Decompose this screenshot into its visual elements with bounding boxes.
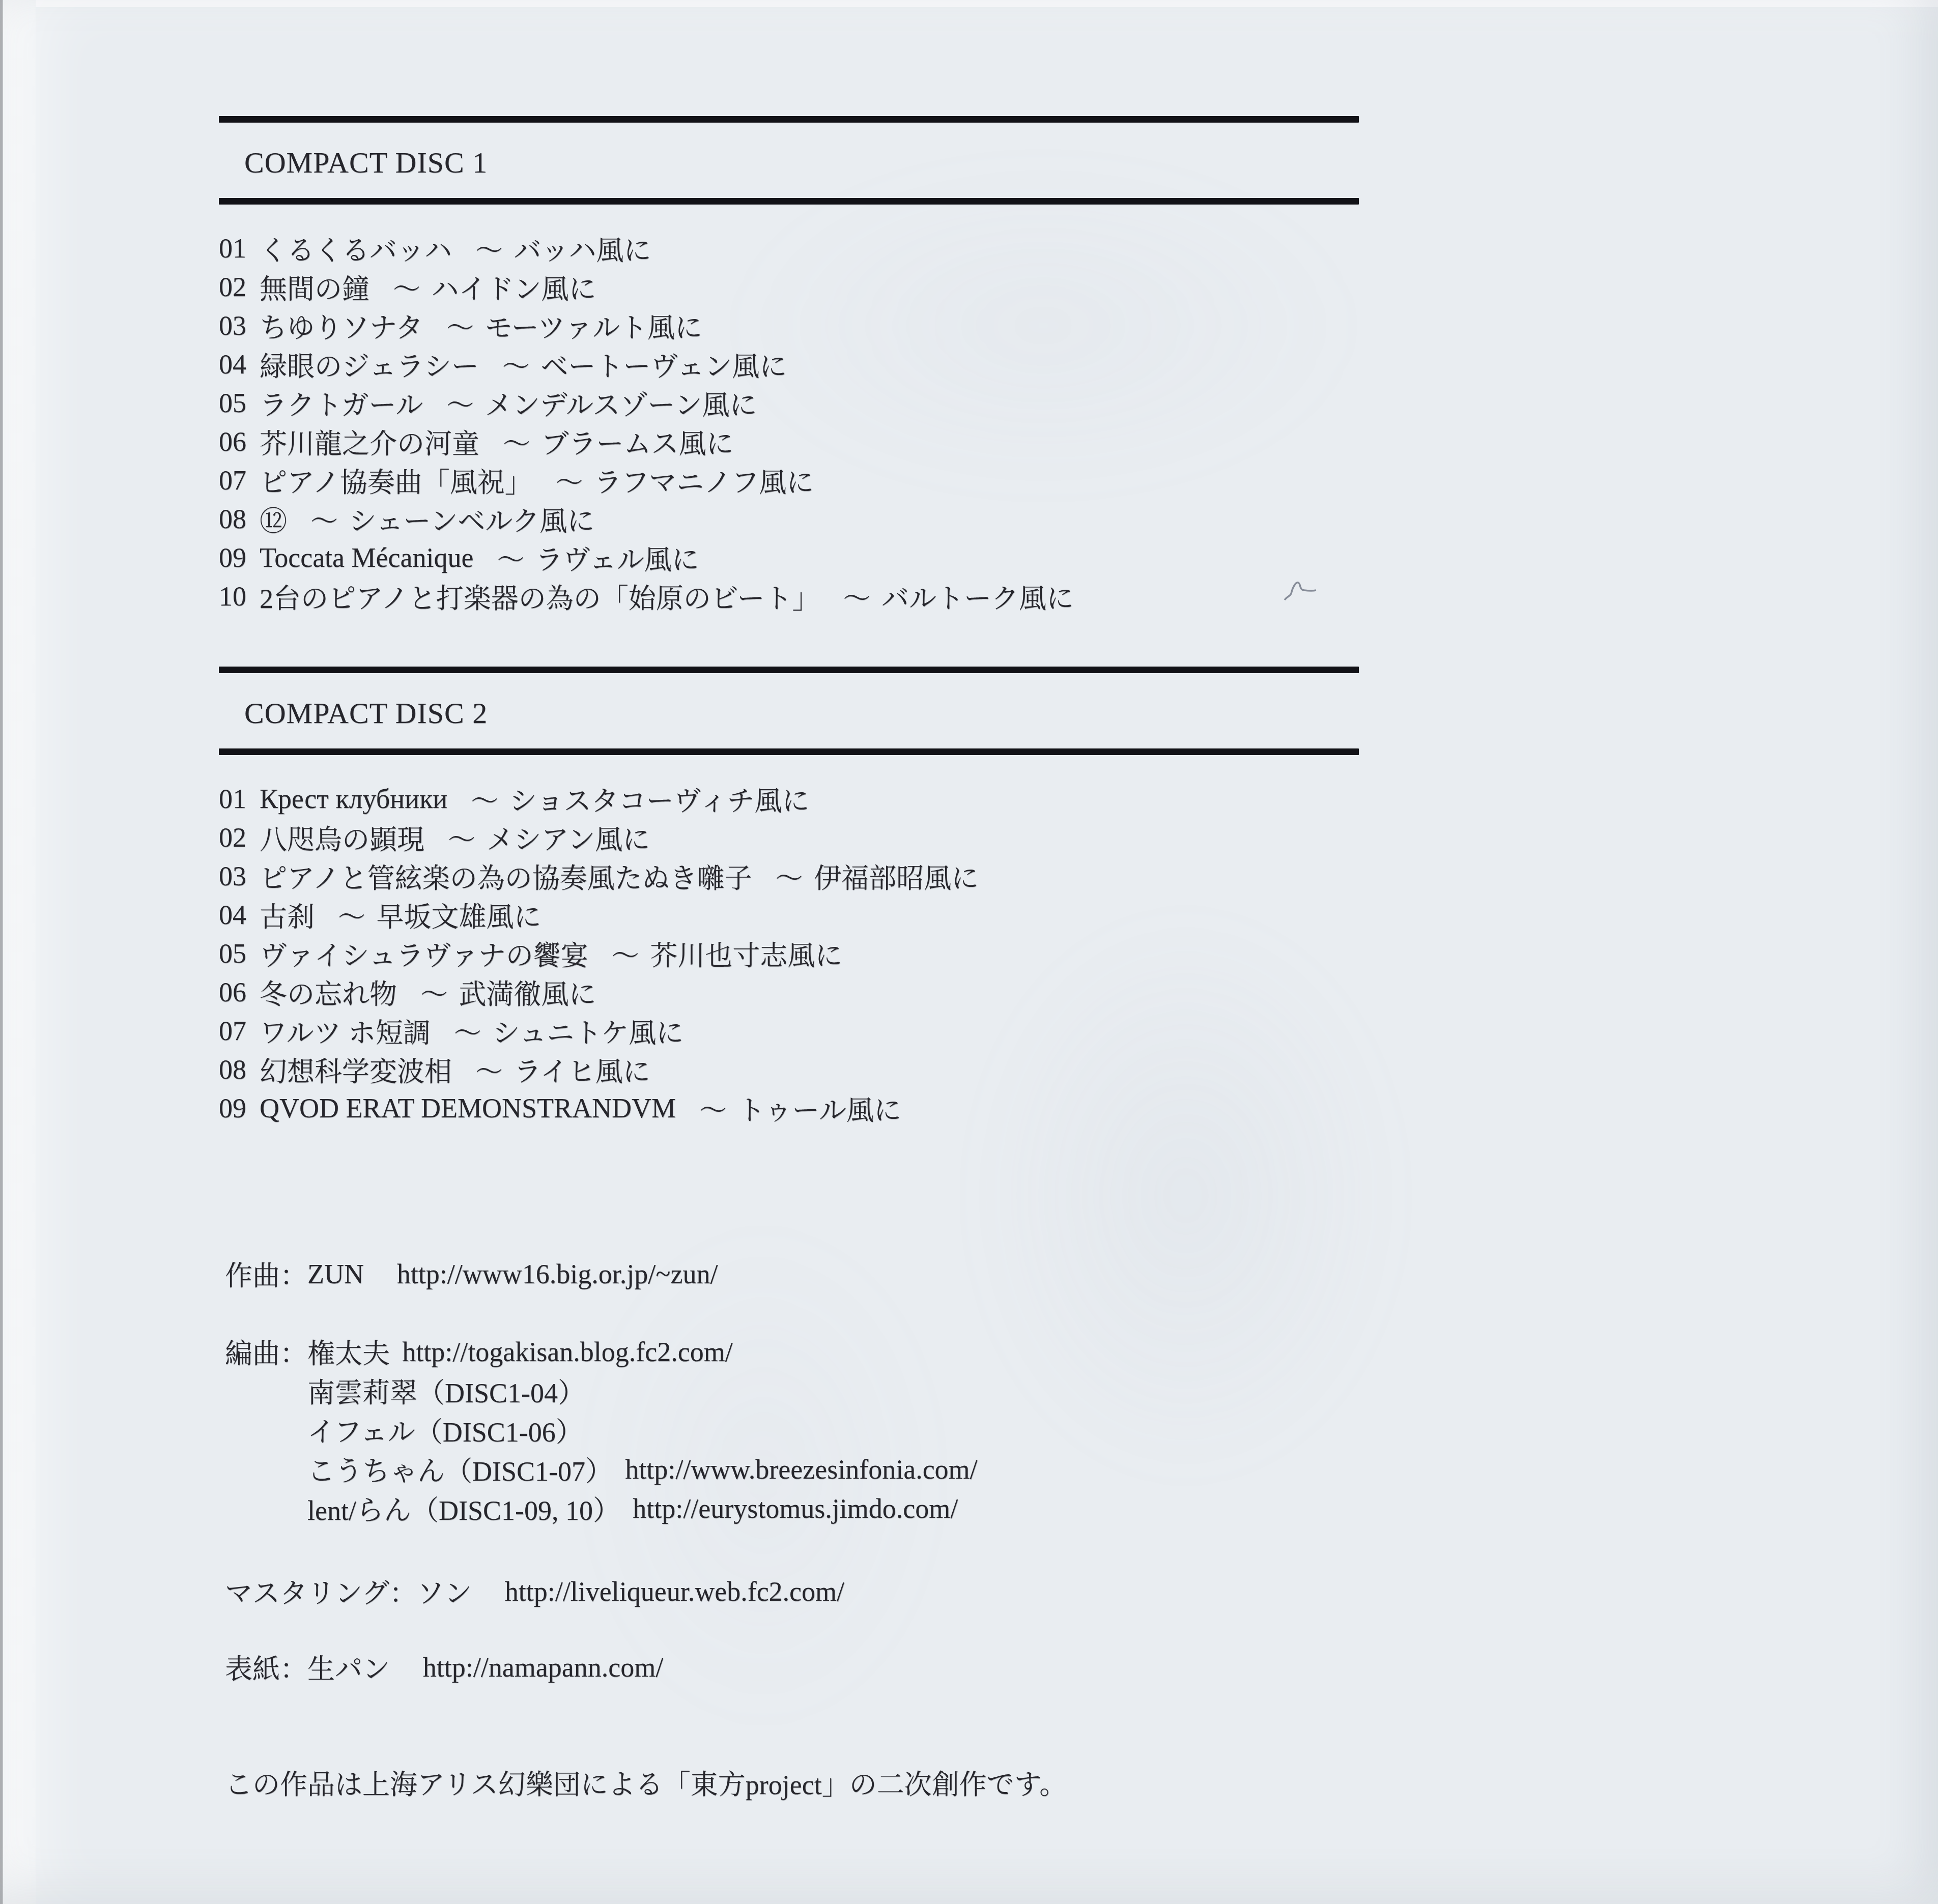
mastering-name: ソン: [417, 1572, 472, 1611]
track-separator: ～: [556, 461, 583, 500]
track-title: 幻想科学変波相: [260, 1050, 452, 1089]
track-number: 04: [219, 349, 260, 380]
cover-name: 生パン: [307, 1648, 390, 1687]
track-style: ブラームス風に: [541, 422, 733, 461]
track-row: 06 冬の忘れ物 ～ 武満徹風に: [219, 973, 1359, 1012]
track-separator: ～: [446, 306, 474, 345]
track-style: 早坂文雄風に: [376, 896, 541, 935]
disc2-header: COMPACT DISC 2: [219, 673, 1359, 748]
composer-name: ZUN: [307, 1258, 364, 1290]
mastering-url: http://liveliqueur.web.fc2.com/: [505, 1576, 844, 1607]
track-number: 05: [219, 387, 260, 419]
disc1-header: COMPACT DISC 1: [219, 123, 1359, 198]
track-number: 02: [219, 822, 260, 853]
cover-label: 表紙：: [225, 1648, 307, 1687]
track-title: ワルツ ホ短調: [260, 1012, 431, 1051]
track-row: 09 Toccata Mécanique ～ ラヴェル風に: [219, 538, 1359, 577]
track-number: 09: [219, 542, 260, 573]
track-row: 08 幻想科学変波相 ～ ライヒ風に: [219, 1050, 1359, 1089]
track-title: ラクトガール: [260, 384, 423, 423]
track-number: 06: [219, 976, 260, 1008]
track-style: バッハ風に: [514, 229, 651, 268]
track-title: Крест клубники: [260, 783, 447, 815]
composer-label: 作曲：: [225, 1254, 307, 1293]
track-title: 無間の鐘: [260, 268, 369, 307]
track-row: 04 古刹 ～ 早坂文雄風に: [219, 896, 1359, 934]
track-row: 09 QVOD ERAT DEMONSTRANDVM ～ トゥール風に: [219, 1089, 1359, 1128]
track-title: 古刹: [260, 896, 315, 935]
arranger-entry: 権太夫http://togakisan.blog.fc2.com/: [307, 1332, 978, 1371]
track-separator: ～: [420, 973, 448, 1012]
track-row: 08 ⑫ ～ シェーンベルク風に: [219, 500, 1359, 538]
track-style: メンデルスゾーン風に: [485, 384, 757, 423]
track-row: 02 八咫烏の顕現 ～ メシアン風に: [219, 818, 1359, 857]
track-number: 02: [219, 271, 260, 303]
track-separator: ～: [310, 500, 338, 539]
track-separator: ～: [497, 538, 524, 578]
track-row: 02 無間の鐘 ～ ハイドン風に: [219, 268, 1359, 306]
track-number: 04: [219, 899, 260, 931]
disc1-track-list: 01 くるくるバッハ ～ バッハ風に 02 無間の鐘 ～ ハイドン風に 03 ち…: [219, 229, 1359, 616]
track-row: 01 Крест клубники ～ ショスタコーヴィチ風に: [219, 780, 1359, 818]
track-title: ピアノ協奏曲「風祝」: [260, 461, 532, 500]
pen-mark-artifact: [1282, 578, 1328, 603]
track-style: メシアン風に: [486, 818, 650, 857]
track-title: 冬の忘れ物: [260, 973, 397, 1012]
track-title: 八咫烏の顕現: [260, 818, 424, 857]
track-title: くるくるバッハ: [260, 229, 452, 268]
track-number: 09: [219, 1092, 260, 1124]
scan-edge-left: [0, 0, 36, 1904]
track-separator: ～: [699, 1089, 727, 1128]
track-row: 07 ピアノ協奏曲「風祝」 ～ ラフマニノフ風に: [219, 461, 1359, 500]
track-style: 芥川也寸志風に: [650, 934, 842, 973]
composer-url: http://www16.big.or.jp/~zun/: [397, 1258, 718, 1290]
track-number: 06: [219, 426, 260, 457]
track-separator: ～: [475, 1050, 503, 1089]
mastering-credit: マスタリング：ソンhttp://liveliqueur.web.fc2.com/: [219, 1572, 1359, 1611]
arranger-name: 南雲莉翠: [307, 1371, 417, 1410]
track-separator: ～: [446, 384, 474, 423]
track-title: 緑眼のジェラシー: [260, 345, 479, 384]
track-title: QVOD ERAT DEMONSTRANDVM: [260, 1092, 676, 1124]
track-number: 10: [219, 581, 260, 612]
track-separator: ～: [471, 780, 498, 819]
track-style: ラヴェル風に: [535, 538, 699, 578]
arranger-disc-note: （DISC1-06）: [415, 1410, 583, 1450]
arranger-disc-note: （DISC1-09, 10）: [411, 1489, 620, 1528]
track-title: ピアノと管絃楽の為の協奏風たぬき囃子: [260, 857, 752, 896]
track-row: 05 ラクトガール ～ メンデルスゾーン風に: [219, 384, 1359, 422]
cover-url: http://namapann.com/: [423, 1652, 663, 1683]
arranger-entry: イフェル（DISC1-06）: [307, 1410, 978, 1450]
arranger-entry: lent/らん（DISC1-09, 10）http://eurystomus.j…: [307, 1489, 978, 1528]
track-number: 05: [219, 938, 260, 969]
arranger-url: http://eurystomus.jimdo.com/: [633, 1493, 958, 1524]
track-style: バルトーク風に: [881, 577, 1074, 616]
track-separator: ～: [393, 268, 420, 307]
arranger-disc-note: （DISC1-07）: [445, 1450, 613, 1489]
track-style: ベートーヴェン風に: [540, 345, 787, 384]
track-number: 07: [219, 465, 260, 496]
divider-below-header: [219, 748, 1359, 755]
track-separator: ～: [475, 229, 503, 268]
divider-top: [219, 667, 1359, 673]
track-separator: ～: [338, 896, 365, 935]
track-title: 2台のピアノと打楽器の為の「始原のビート」: [260, 577, 820, 616]
arranger-disc-note: （DISC1-04）: [417, 1371, 585, 1410]
track-style: ライヒ風に: [514, 1050, 650, 1089]
track-title: Toccata Mécanique: [260, 542, 473, 573]
credits-section: 作曲：ZUNhttp://www16.big.or.jp/~zun/ 編曲： 権…: [219, 1254, 1359, 1687]
arranger-url: http://togakisan.blog.fc2.com/: [402, 1336, 732, 1368]
track-separator: ～: [843, 577, 870, 616]
track-separator: ～: [612, 934, 639, 973]
track-row: 01 くるくるバッハ ～ バッハ風に: [219, 229, 1359, 268]
disc1-section: COMPACT DISC 1 01 くるくるバッハ ～ バッハ風に 02 無間の…: [219, 116, 1359, 616]
arranger-name: イフェル: [307, 1410, 415, 1450]
track-style: シュニトケ風に: [492, 1012, 683, 1051]
track-style: ハイドン風に: [431, 268, 596, 307]
track-number: 01: [219, 233, 260, 264]
track-separator: ～: [776, 857, 803, 896]
disc2-section: COMPACT DISC 2 01 Крест клубники ～ ショスタコ…: [219, 667, 1359, 1128]
track-title: 芥川龍之介の河童: [260, 422, 479, 461]
track-number: 08: [219, 1054, 260, 1085]
track-number: 08: [219, 503, 260, 535]
booklet-page: COMPACT DISC 1 01 くるくるバッハ ～ バッハ風に 02 無間の…: [219, 0, 1359, 1805]
track-title: ちゆりソナタ: [260, 306, 423, 345]
arranger-entry: こうちゃん（DISC1-07）http://www.breezesinfonia…: [307, 1450, 978, 1489]
track-row: 03 ちゆりソナタ ～ モーツァルト風に: [219, 306, 1359, 345]
track-number: 03: [219, 860, 260, 892]
arranger-url: http://www.breezesinfonia.com/: [625, 1454, 977, 1485]
arranger-name: lent/らん: [307, 1489, 411, 1528]
arranger-entry: 南雲莉翠（DISC1-04）: [307, 1371, 978, 1410]
track-row: 06 芥川龍之介の河童 ～ ブラームス風に: [219, 422, 1359, 461]
track-style: 武満徹風に: [459, 973, 596, 1012]
track-number: 07: [219, 1015, 260, 1047]
track-style: ラフマニノフ風に: [594, 461, 814, 500]
divider-below-header: [219, 198, 1359, 205]
arranger-name: こうちゃん: [307, 1450, 445, 1489]
track-separator: ～: [503, 422, 530, 461]
track-style: モーツァルト風に: [485, 306, 702, 345]
track-row: 07 ワルツ ホ短調 ～ シュニトケ風に: [219, 1012, 1359, 1050]
arranger-name: 権太夫: [307, 1332, 390, 1371]
track-separator: ～: [502, 345, 530, 384]
track-number: 03: [219, 310, 260, 341]
cover-credit: 表紙：生パンhttp://namapann.com/: [219, 1648, 1359, 1687]
track-style: シェーンベルク風に: [349, 500, 594, 539]
track-style: トゥール風に: [738, 1089, 902, 1128]
track-title: ヴァイシュラヴァナの饗宴: [260, 934, 588, 973]
track-row: 05 ヴァイシュラヴァナの饗宴 ～ 芥川也寸志風に: [219, 934, 1359, 973]
track-title: ⑫: [260, 500, 287, 539]
track-separator: ～: [454, 1012, 481, 1051]
track-number: 01: [219, 783, 260, 815]
arranger-entries: 権太夫http://togakisan.blog.fc2.com/ 南雲莉翠（D…: [307, 1332, 978, 1528]
composer-credit: 作曲：ZUNhttp://www16.big.or.jp/~zun/: [219, 1254, 1359, 1293]
derivative-work-notice: この作品は上海アリス幻樂団による「東方project」の二次創作です。: [219, 1766, 1359, 1805]
track-style: 伊福部昭風に: [814, 857, 979, 896]
track-row: 04 緑眼のジェラシー ～ ベートーヴェン風に: [219, 345, 1359, 384]
mastering-label: マスタリング：: [225, 1572, 417, 1611]
track-style: ショスタコーヴィチ風に: [509, 780, 810, 819]
track-row: 03 ピアノと管絃楽の為の協奏風たぬき囃子 ～ 伊福部昭風に: [219, 857, 1359, 896]
track-separator: ～: [448, 818, 475, 857]
arrangers-label: 編曲：: [225, 1332, 307, 1371]
track-row: 10 2台のピアノと打楽器の為の「始原のビート」 ～ バルトーク風に: [219, 577, 1359, 616]
disc2-track-list: 01 Крест клубники ～ ショスタコーヴィチ風に 02 八咫烏の顕…: [219, 780, 1359, 1128]
arrangers-credit: 編曲： 権太夫http://togakisan.blog.fc2.com/ 南雲…: [219, 1332, 1359, 1528]
divider-top: [219, 116, 1359, 123]
